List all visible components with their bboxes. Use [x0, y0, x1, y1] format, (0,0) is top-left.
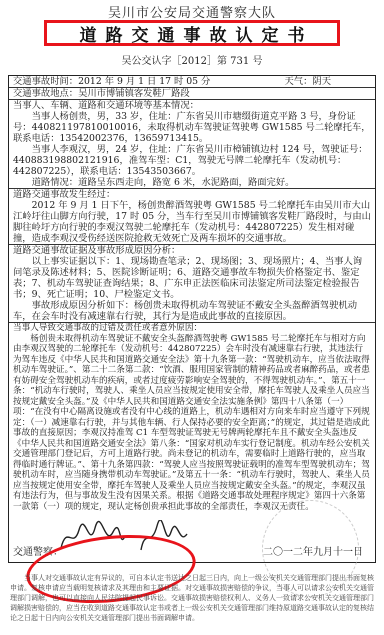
time-label: 交通事故时间：	[13, 76, 78, 87]
parties-heading: 当事人、车辆、道路和交通环境等基本情况：	[13, 100, 371, 111]
evidence-heading: 道路交通事故证据及事故形成原因分析：	[13, 245, 371, 256]
accident-process-section: 道路交通事故发生经过： 2012 年 9 月 1 日下午，杨创贵醉酒驾驶粤 GW…	[9, 189, 375, 245]
evidence-list: 以上事实证据以下：1、现场勘查笔录；2、现场图；3、现场照片；4、当事人询问笔录…	[13, 256, 371, 300]
document-title: 道路交通事故认定书	[71, 21, 314, 46]
document-number: 吴公交认字［2012］第 731 号	[0, 52, 384, 67]
appeal-notice: 当事人对交通事故认定有异议的，可自本认定书送达之日起三日内，向上一级公安机关交通…	[10, 573, 374, 623]
issuing-agency: 吴川市公安局交通警察大队	[0, 2, 384, 21]
parties-section: 当事人、车辆、道路和交通环境等基本情况： 当事人杨创贵，男，33 岁，住址：广东…	[9, 100, 375, 189]
time-value: 2012 年 9 月 1 日 17 时 05 分	[78, 76, 210, 87]
title-highlight-box: 道路交通事故认定书	[44, 20, 340, 46]
process-heading: 道路交通事故发生经过：	[13, 189, 371, 200]
accident-location-row: 交通事故地点：吴川市博铺镇客发鞋厂路段	[9, 88, 375, 100]
location-label: 交通事故地点：	[13, 88, 78, 99]
weather-value: 阴天	[312, 76, 331, 87]
accident-form-table: 交通事故时间：2012 年 9 月 1 日 17 时 05 分 天气：阴天 交通…	[8, 75, 376, 563]
weather-label: 天气：	[284, 76, 312, 87]
evidence-section: 道路交通事故证据及事故形成原因分析： 以上事实证据以下：1、现场勘查笔录；2、现…	[9, 245, 375, 323]
accident-time-row: 交通事故时间：2012 年 9 月 1 日 17 时 05 分 天气：阴天	[9, 76, 375, 88]
road-conditions: 道路情况：道路呈东西走向，路宽 6 米，水泥路面，路面完好。	[13, 177, 371, 188]
responsibility-text: 杨创贵未取得机动车驾驶证不戴安全头盔醉酒驾驶粤 GW1585 号二轮摩托车与相对…	[13, 334, 371, 513]
process-text: 2012 年 9 月 1 日下午，杨创贵醉酒驾驶粤 GW1585 号二轮摩托车由…	[13, 200, 371, 244]
cause-analysis: 事故形成原因分析如下：杨创贵未取得机动车驾驶证不戴安全头盔醉酒驾驶机动车，在会车…	[13, 300, 371, 322]
location-value: 吴川市博铺镇客发鞋厂路段	[78, 88, 190, 99]
party-1-info: 当事人杨创贵，男，33 岁，住址：广东省吴川市塘缀街道克平路 3 号，身份证号：…	[13, 111, 371, 144]
party-2-info: 当事人李观汉，男，24 岁，住址：广东省吴川市樟铺镇边村 124 号，驾驶证号：…	[13, 144, 371, 177]
responsibility-heading: 当事人导致交通事故的过错及责任或者意外原因：	[13, 323, 371, 334]
